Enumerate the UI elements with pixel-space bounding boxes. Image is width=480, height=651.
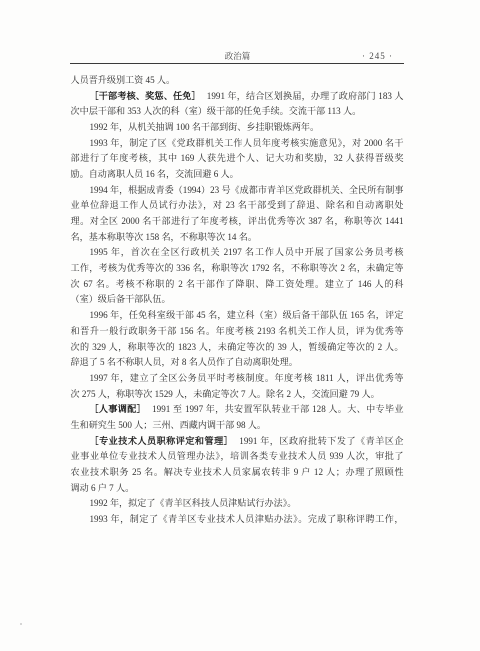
text-line: 1992 年，拟定了《青羊区科技人员津贴试行办法》。 bbox=[71, 496, 404, 512]
header-rule bbox=[70, 63, 404, 64]
text-line: 名，基本称职等次 158 名，不称职等次 14 名。 bbox=[71, 230, 404, 246]
text-line: 1993 年，制定了《青羊区专业技术人员津贴办法》。完成了职称评聘工作， bbox=[71, 512, 404, 528]
text-line: ［人事调配］1991 至 1997 年，共安置军队转业干部 128 人。大、中专… bbox=[71, 402, 404, 418]
text-line: ［干部考核、奖惩、任免］1991 年，结合区划换届，办理了政府部门 183 人 bbox=[71, 89, 404, 105]
text-line: 次中层干部和 353 人次的科（室）级干部的任免手续。交流干部 113 人。 bbox=[71, 104, 404, 120]
text-line: 1992 年，从机关抽调 100 名干部到街、乡挂职锻炼两年。 bbox=[71, 120, 404, 136]
text-line: 部进行了年度考核，其中 169 人获先进个人、记大功和奖励，32 人获得晋级奖 bbox=[71, 151, 404, 167]
line-text: 1991 至 1997 年，共安置军队转业干部 128 人。大、中专毕业 bbox=[152, 404, 403, 414]
text-line: 1995 年，首次在全区行政机关 2197 名工作人员中开展了国家公务员考核 bbox=[71, 245, 404, 261]
text-line: 辞退了 5 名不称职人员，对 8 名人员作了自动离职处理。 bbox=[71, 355, 404, 371]
text-line: 1994 年，根据成青委（1994）23 号《成都市青羊区党政群机关、全民所有制… bbox=[71, 183, 404, 199]
paragraph: 人员晋升级别工资 45 人。 bbox=[71, 73, 404, 89]
section-heading: ［干部考核、奖惩、任免］ bbox=[90, 92, 201, 102]
paragraph: 1992 年，拟定了《青羊区科技人员津贴试行办法》。 bbox=[71, 496, 404, 512]
text-line: 理。对全区 2000 名干部进行了年度考核，评出优秀等次 387 名，称职等次 … bbox=[71, 214, 404, 230]
text-line: 1993 年，制定了区《党政群机关工作人员年度考核实施意见》，对 2000 名干 bbox=[71, 136, 404, 152]
text-line: 次 275 人，称职等次 1529 人，未确定等次 7 人。除名 2 人，交流回… bbox=[71, 387, 404, 403]
text-line: 和晋升一般行政职务干部 156 名。年度考核 2193 名机关工作人员，评为优秀… bbox=[71, 324, 404, 340]
text-line: 农业技术职务 25 名。解决专业技术人员家属农转非 9 户 12 人；办理了照顾… bbox=[71, 465, 404, 481]
text-line: 生和研究生 500 人；三州、西藏内调干部 98 人。 bbox=[71, 418, 404, 434]
text-line: 人员晋升级别工资 45 人。 bbox=[71, 73, 404, 89]
text-line: 工作，考核为优秀等次的 336 名，称职等次 1792 名，不称职等次 2 名，… bbox=[71, 261, 404, 277]
text-line: 业单位辞退工作人员试行办法》，对 23 名干部受到了辞退、除名和自动离职处 bbox=[71, 198, 404, 214]
paragraph-personnel-transfer: ［人事调配］1991 至 1997 年，共安置军队转业干部 128 人。大、中专… bbox=[71, 402, 404, 433]
text-line: 业事业单位专业技术人员管理办法》，培训各类专业技术人员 939 人次，审批了 bbox=[71, 449, 404, 465]
book-page: 政治篇 · 245 · 人员晋升级别工资 45 人。 ［干部考核、奖惩、任免］1… bbox=[0, 0, 480, 651]
section-heading: ［专业技术人员职称评定和管理］ bbox=[90, 437, 234, 447]
text-line: 励。自动离职人员 16 名，交流回避 6 人。 bbox=[71, 167, 404, 183]
paragraph: 1993 年，制定了区《党政群机关工作人员年度考核实施意见》，对 2000 名干… bbox=[71, 136, 404, 183]
text-line: （室）级后备干部队伍。 bbox=[71, 292, 404, 308]
text-line: ［专业技术人员职称评定和管理］1991 年，区政府批转下发了《青羊区企 bbox=[71, 434, 404, 450]
section-title: 政治篇 bbox=[200, 51, 275, 61]
paragraph: 1995 年，首次在全区行政机关 2197 名工作人员中开展了国家公务员考核 工… bbox=[71, 245, 404, 308]
paragraph-cadre-assessment: ［干部考核、奖惩、任免］1991 年，结合区划换届，办理了政府部门 183 人 … bbox=[71, 89, 404, 120]
paragraph-professional-titles: ［专业技术人员职称评定和管理］1991 年，区政府批转下发了《青羊区企 业事业单… bbox=[71, 434, 404, 497]
body-text: 人员晋升级别工资 45 人。 ［干部考核、奖惩、任免］1991 年，结合区划换届… bbox=[71, 73, 404, 528]
line-text: 1991 年，结合区划换届，办理了政府部门 183 人 bbox=[207, 91, 404, 101]
text-line: 调动 6 户 7 人。 bbox=[71, 481, 404, 497]
section-heading: ［人事调配］ bbox=[90, 405, 147, 415]
scan-speck bbox=[20, 623, 22, 625]
paragraph: 1997 年，建立了全区公务员平时考核制度。年度考核 1811 人，评出优秀等 … bbox=[71, 371, 404, 402]
line-text: 1991 年，区政府批转下发了《青羊区企 bbox=[239, 436, 403, 446]
paragraph: 1994 年，根据成青委（1994）23 号《成都市青羊区党政群机关、全民所有制… bbox=[71, 183, 404, 246]
text-line: 次 67 名。考核不称职的 2 名干部作了降职、降工资处理。建立了 146 人的… bbox=[71, 277, 404, 293]
paragraph: 1993 年，制定了《青羊区专业技术人员津贴办法》。完成了职称评聘工作， bbox=[71, 512, 404, 528]
page-number: · 245 · bbox=[362, 51, 393, 61]
text-line: 1997 年，建立了全区公务员平时考核制度。年度考核 1811 人，评出优秀等 bbox=[71, 371, 404, 387]
paragraph: 1996 年，任免科室级干部 45 名，建立科（室）级后备干部队伍 165 名，… bbox=[71, 308, 404, 371]
text-line: 次的 329 人，称职等次的 1823 人，未确定等次的 39 人，暂缓确定等次… bbox=[71, 340, 404, 356]
paragraph: 1992 年，从机关抽调 100 名干部到街、乡挂职锻炼两年。 bbox=[71, 120, 404, 136]
text-line: 1996 年，任免科室级干部 45 名，建立科（室）级后备干部队伍 165 名，… bbox=[71, 308, 404, 324]
